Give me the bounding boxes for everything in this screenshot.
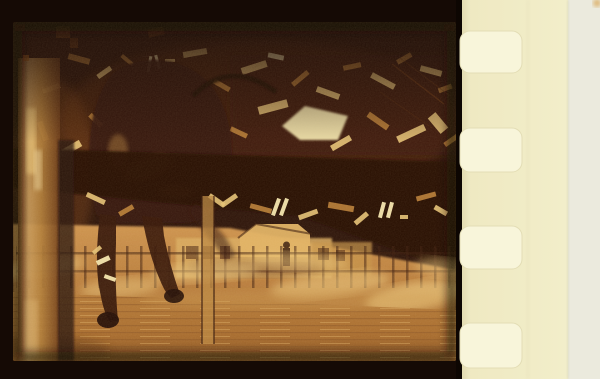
sprocket-hole bbox=[460, 226, 522, 269]
film-edge-strip bbox=[460, 0, 600, 379]
film-edge-right bbox=[568, 0, 600, 379]
film-edge-boundary bbox=[567, 0, 569, 379]
sprocket-hole bbox=[460, 323, 522, 368]
film-grain bbox=[13, 22, 456, 361]
photo-canvas bbox=[0, 0, 600, 379]
film-frame-image bbox=[0, 22, 476, 368]
film-edge-crease bbox=[526, 0, 530, 379]
sprocket-hole bbox=[460, 31, 522, 73]
film-photograph bbox=[0, 0, 600, 379]
sprocket-hole bbox=[460, 128, 522, 172]
